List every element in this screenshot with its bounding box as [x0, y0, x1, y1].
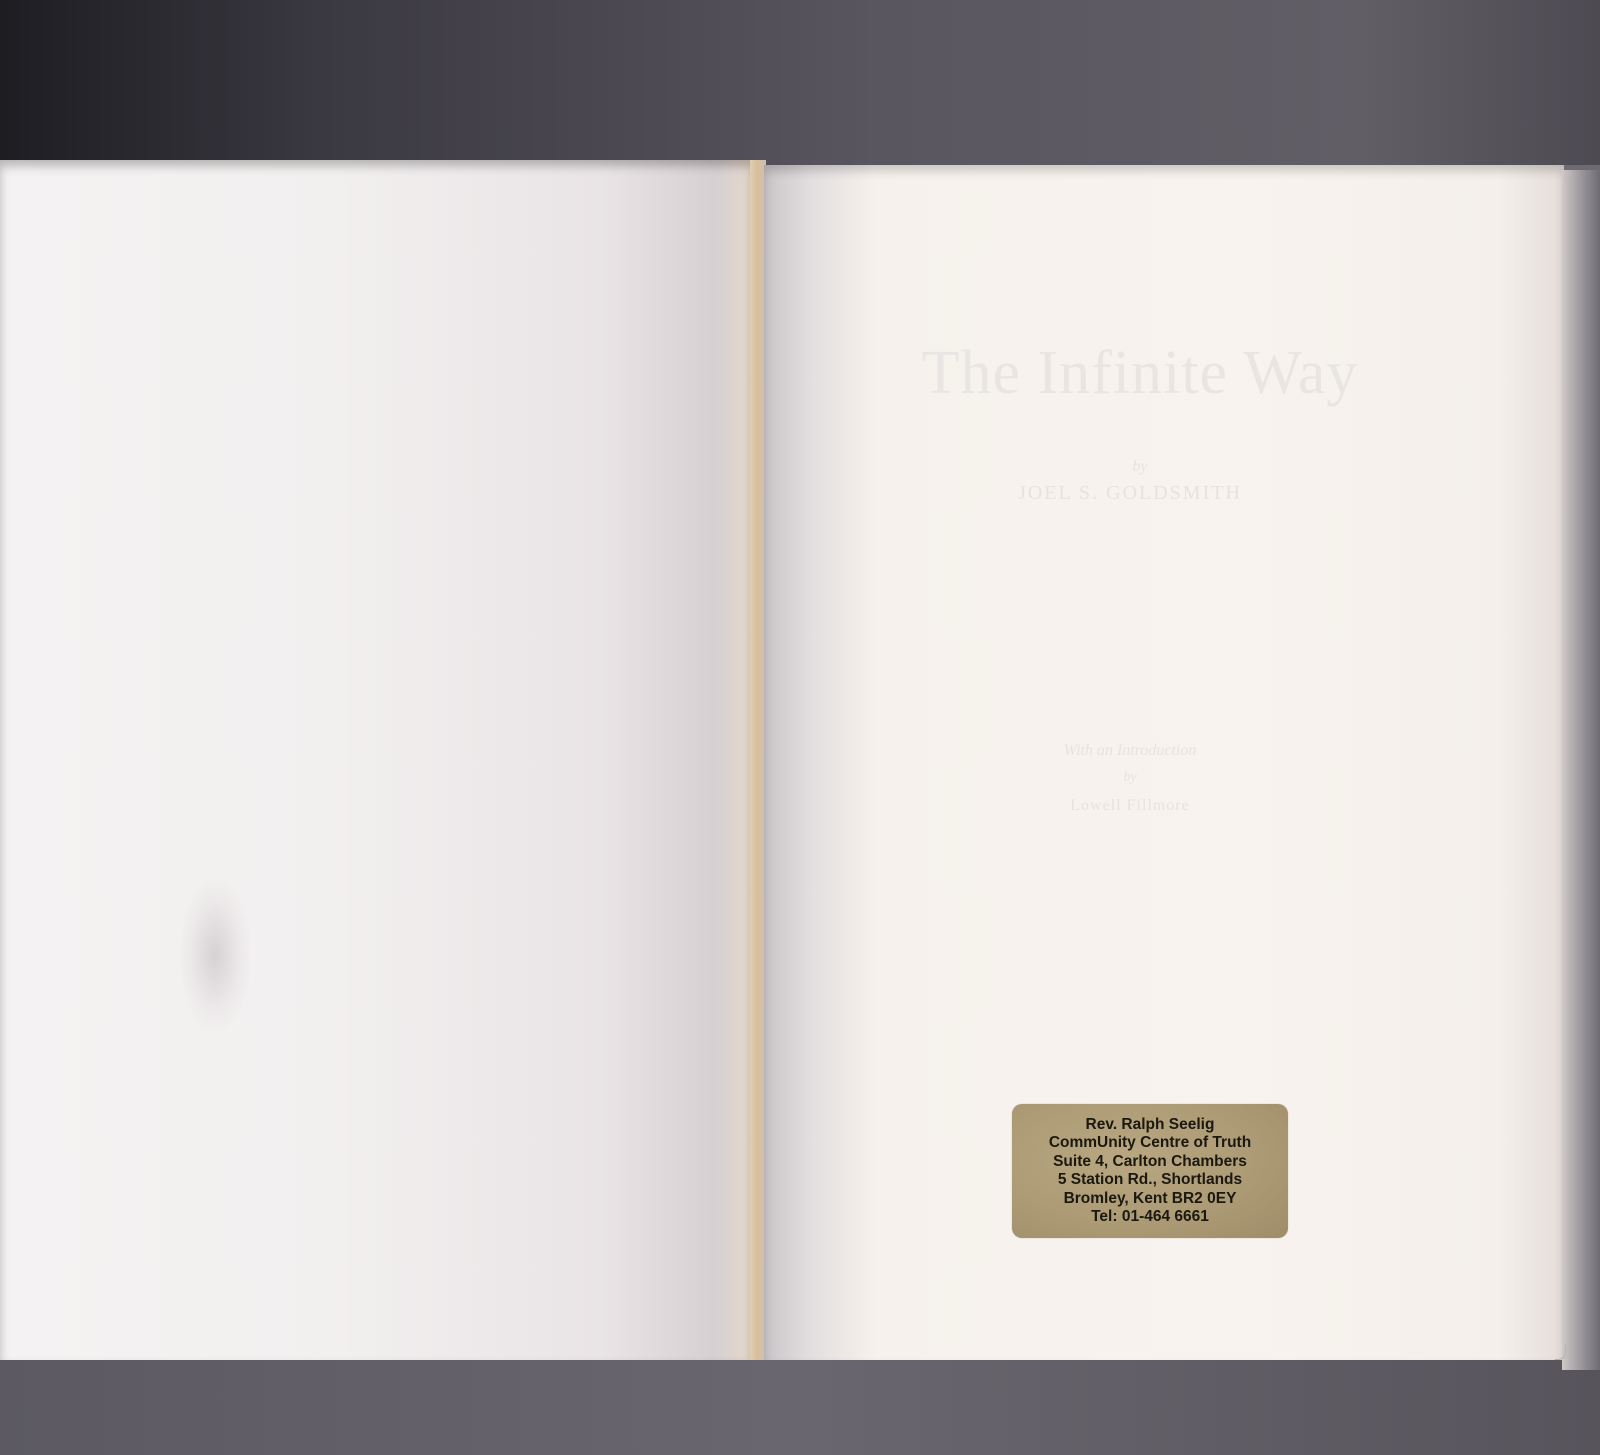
address-sticker: Rev. Ralph Seelig CommUnity Centre of Tr…	[1012, 1104, 1288, 1238]
sticker-line-street: 5 Station Rd., Shortlands	[1058, 1171, 1242, 1190]
page-edge	[1562, 170, 1600, 1370]
sticker-line-city: Bromley, Kent BR2 0EY	[1064, 1190, 1237, 1209]
byline: by	[1080, 458, 1200, 476]
sticker-line-organization: CommUnity Centre of Truth	[1049, 1134, 1251, 1153]
sticker-line-phone: Tel: 01-464 6661	[1091, 1208, 1209, 1227]
introduction-by: by	[1100, 770, 1160, 786]
book-title: The Infinite Way	[900, 338, 1380, 409]
page-smudge	[180, 880, 250, 1030]
introduction-line: With an Introduction	[1000, 742, 1260, 760]
dark-background-top	[0, 0, 1600, 165]
introduction-author: Lowell Fillmore	[1020, 797, 1240, 815]
sticker-line-suite: Suite 4, Carlton Chambers	[1053, 1153, 1247, 1172]
left-page-blank	[0, 160, 752, 1360]
sticker-line-name: Rev. Ralph Seelig	[1086, 1116, 1215, 1135]
dark-background-bottom	[0, 1360, 1600, 1455]
book-author: JOEL S. GOLDSMITH	[960, 482, 1300, 505]
